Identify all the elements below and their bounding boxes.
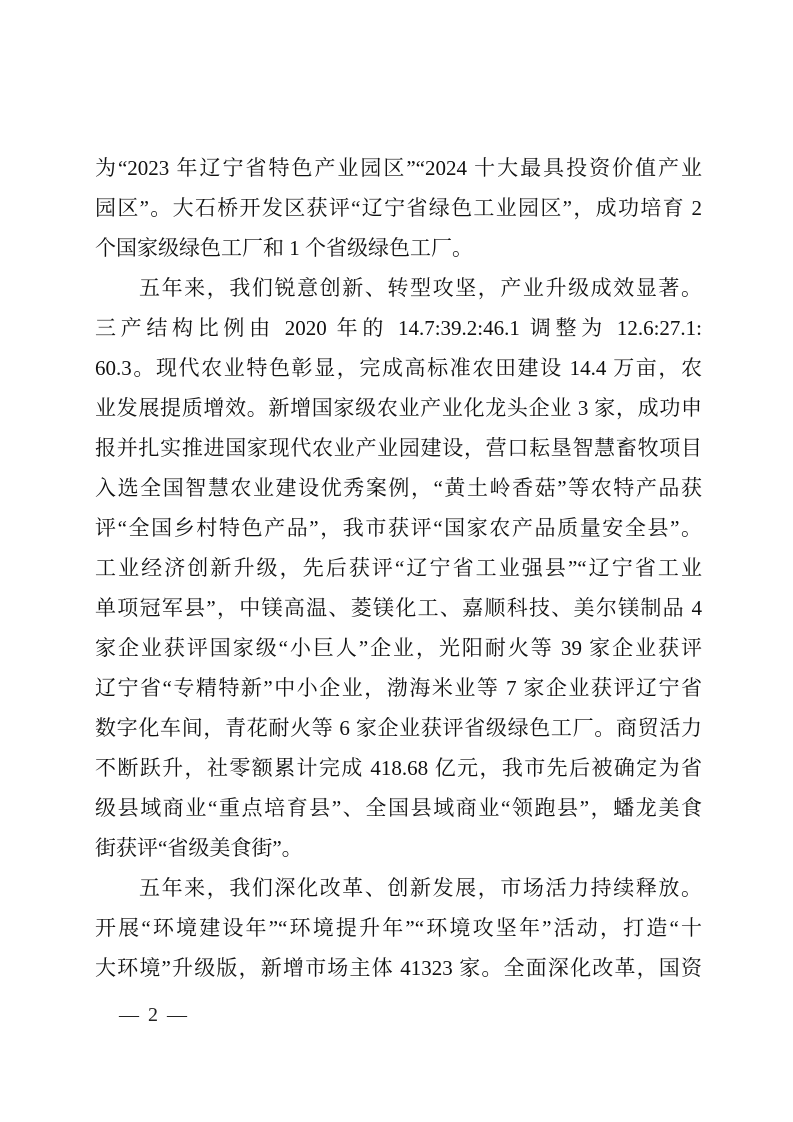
text-line: 开展“环境建设年”“环境提升年”“环境攻坚年”活动，打造“十 [95, 908, 702, 948]
text-line: 三产结构比例由 2020 年的 14.7:39.2:46.1 调整为 12.6:… [95, 308, 702, 348]
text-line: 园区”。大石桥开发区获评“辽宁省绿色工业园区”，成功培育 2 [95, 188, 702, 228]
text-line: 60.3。现代农业特色彰显，完成高标准农田建设 14.4 万亩，农 [95, 348, 702, 388]
text-line: 级县域商业“重点培育县”、全国县域商业“领跑县”，蟠龙美食 [95, 788, 702, 828]
page-number: — 2 — [119, 1004, 189, 1027]
text-line: 入选全国智慧农业建设优秀案例，“黄土岭香菇”等农特产品获 [95, 468, 702, 508]
text-line: 工业经济创新升级，先后获评“辽宁省工业强县”“辽宁省工业 [95, 548, 702, 588]
text-line: 数字化车间，青花耐火等 6 家企业获评省级绿色工厂。商贸活力 [95, 708, 702, 748]
text-line: 五年来，我们深化改革、创新发展，市场活力持续释放。 [95, 868, 702, 908]
text-line: 不断跃升，社零额累计完成 418.68 亿元，我市先后被确定为省 [95, 748, 702, 788]
text-line: 大环境”升级版，新增市场主体 41323 家。全面深化改革，国资 [95, 948, 702, 988]
text-line: 辽宁省“专精特新”中小企业，渤海米业等 7 家企业获评辽宁省 [95, 668, 702, 708]
document-body: 为“2023 年辽宁省特色产业园区”“2024 十大最具投资价值产业园区”。大石… [95, 148, 702, 988]
text-line: 评“全国乡村特色产品”，我市获评“国家农产品质量安全县”。 [95, 508, 702, 548]
text-line: 五年来，我们锐意创新、转型攻坚，产业升级成效显著。 [95, 268, 702, 308]
text-line: 个国家级绿色工厂和 1 个省级绿色工厂。 [95, 228, 702, 268]
text-line: 单项冠军县”，中镁高温、菱镁化工、嘉顺科技、美尔镁制品 4 [95, 588, 702, 628]
text-line: 报并扎实推进国家现代农业产业园建设，营口耘垦智慧畜牧项目 [95, 428, 702, 468]
text-line: 业发展提质增效。新增国家级农业产业化龙头企业 3 家，成功申 [95, 388, 702, 428]
document-page: 为“2023 年辽宁省特色产业园区”“2024 十大最具投资价值产业园区”。大石… [0, 0, 793, 1122]
text-line: 街获评“省级美食街”。 [95, 828, 702, 868]
text-line: 家企业获评国家级“小巨人”企业，光阳耐火等 39 家企业获评 [95, 628, 702, 668]
text-line: 为“2023 年辽宁省特色产业园区”“2024 十大最具投资价值产业 [95, 148, 702, 188]
